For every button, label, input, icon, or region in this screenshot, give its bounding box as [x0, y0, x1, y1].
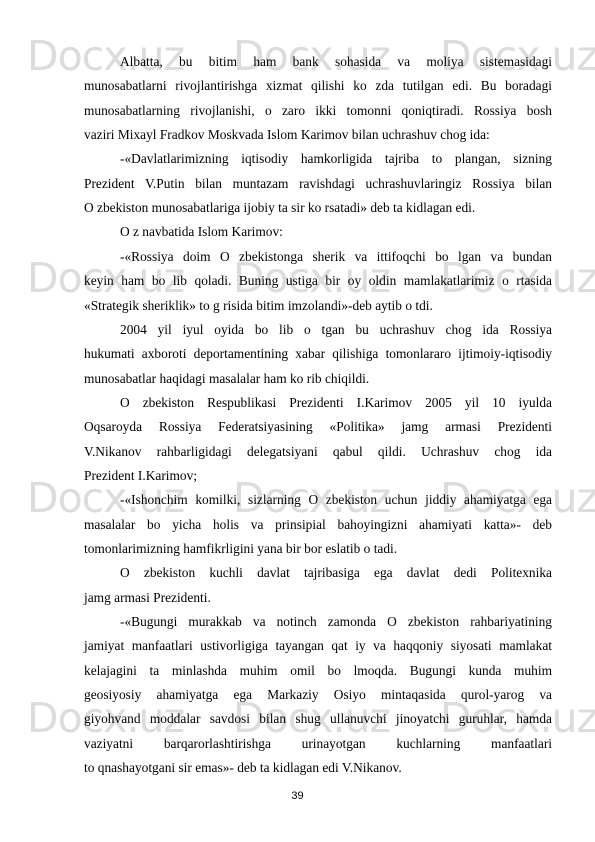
text-line: munosabatlarni rivojlantirishga xizmat q… — [84, 76, 552, 96]
text-line: munosabatlarning rivojlanishi, o zaro ik… — [84, 101, 552, 121]
text-line: masalalar bo yicha holis va prinsipial b… — [84, 515, 552, 535]
text-line: hukumati axboroti deportamentining xabar… — [84, 344, 552, 364]
text-line: jamg armasi Prezidenti. — [84, 588, 552, 608]
text-line: V.Nikanov rahbarligidagi delegatsiyani q… — [84, 442, 552, 462]
text-line: -«Ishonchim komilki, sizlarning O zbekis… — [120, 490, 552, 510]
text-line: geosiyosiy ahamiyatga ega Markaziy Osiyo… — [84, 685, 552, 705]
text-line: O zbekiston kuchli davlat tajribasiga eg… — [120, 563, 552, 583]
text-line: -«Davlatlarimizning iqtisodiy hamkorligi… — [120, 149, 552, 169]
text-line: to qnashayotgani sir emas»- deb ta kidla… — [84, 758, 552, 778]
text-line: O z navbatida Islom Karimov: — [120, 222, 552, 242]
body-text: Albatta, bu bitim ham bank sohasida va m… — [0, 0, 595, 842]
text-line: tomonlarimizning hamfikrligini yana bir … — [84, 539, 552, 559]
text-line: Prezident V.Putin bilan muntazam ravishd… — [84, 174, 552, 194]
page-number: 39 — [0, 790, 595, 802]
text-line: -«Rossiya doim O zbekistonga sherik va i… — [120, 247, 552, 267]
text-line: «Strategik sheriklik» to g risida bitim … — [84, 296, 552, 316]
document-page: Docx.uzDocx.uzDocx.uzDocx.uzDocx.uzDocx.… — [0, 0, 595, 842]
text-line: O zbekiston Respublikasi Prezidenti I.Ka… — [120, 393, 552, 413]
text-line: keyin ham bo lib qoladi. Buning ustiga b… — [84, 271, 552, 291]
text-line: Albatta, bu bitim ham bank sohasida va m… — [120, 52, 552, 72]
text-line: Prezident I.Karimov; — [84, 466, 552, 486]
text-line: Oqsaroyda Rossiya Federatsiyasining «Pol… — [84, 417, 552, 437]
text-line: kelajagini ta minlashda muhim omil bo lm… — [84, 661, 552, 681]
text-line: 2004 yil iyul oyida bo lib o tgan bu uch… — [120, 320, 552, 340]
text-line: -«Bugungi murakkab va notinch zamonda O … — [120, 612, 552, 632]
text-line: vaziri Mixayl Fradkov Moskvada Islom Kar… — [84, 125, 552, 145]
text-line: giyohvand moddalar savdosi bilan shug ul… — [84, 709, 552, 729]
text-line: vaziyatni barqarorlashtirishga urinayotg… — [84, 734, 552, 754]
text-line: jamiyat manfaatlari ustivorligiga tayang… — [84, 636, 552, 656]
text-line: O zbekiston munosabatlariga ijobiy ta si… — [84, 198, 552, 218]
text-line: munosabatlar haqidagi masalalar ham ko r… — [84, 369, 552, 389]
